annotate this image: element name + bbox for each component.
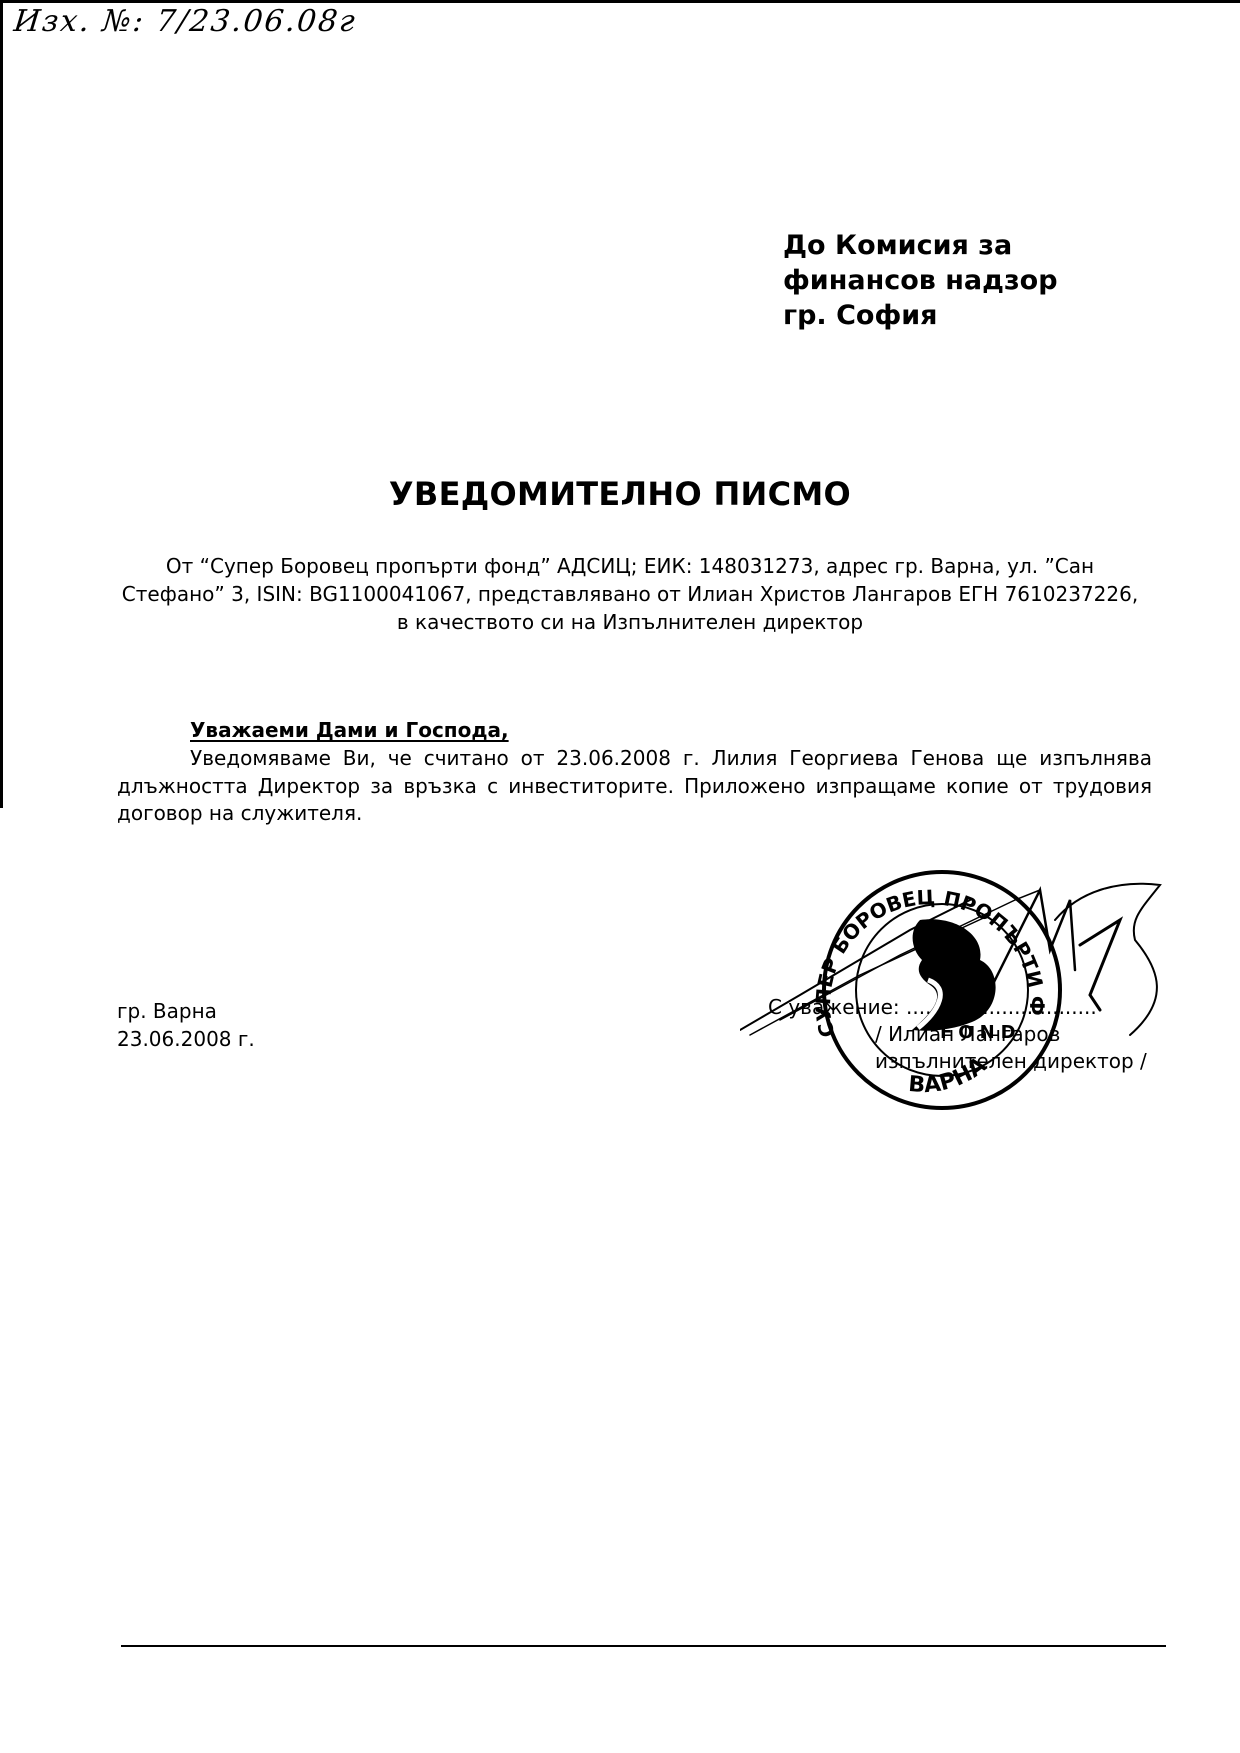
footer-rule: [121, 1645, 1166, 1647]
salutation: Уважаеми Дами и Господа,: [190, 718, 509, 742]
sender-line: Стефано” 3, ISIN: BG1100041067, представ…: [110, 580, 1150, 608]
letter-body: Уведомяваме Ви, че считано от 23.06.2008…: [117, 745, 1152, 828]
place-date-block: гр. Варна 23.06.2008 г.: [117, 997, 255, 1053]
sender-paragraph: От “Супер Боровец пропърти фонд” АДСИЦ; …: [110, 552, 1150, 636]
closing-regards: С уважение: ............................…: [768, 994, 1147, 1021]
scan-border-top: [0, 0, 1240, 3]
document-title: УВЕДОМИТЕЛНО ПИСМО: [0, 475, 1240, 513]
company-stamp-and-signature: СУПЕР БОРОВЕЦ ПРОПЪРТИ ФОНД АДСИЦ ВАРНА …: [740, 860, 1240, 1120]
signatory-position: изпълнителен директор /: [768, 1048, 1147, 1075]
signatory-name: / Илиан Лангаров: [768, 1021, 1147, 1048]
sender-line: в качеството си на Изпълнителен директор: [110, 608, 1150, 636]
handwritten-reference-number: Изх. №: 7/23.06.08г: [12, 4, 358, 39]
scan-border-left: [0, 0, 3, 808]
date: 23.06.2008 г.: [117, 1025, 255, 1053]
closing-block: С уважение: ............................…: [768, 994, 1147, 1075]
addressee-line: гр. София: [783, 298, 1058, 333]
place: гр. Варна: [117, 997, 255, 1025]
addressee-line: финансов надзор: [783, 263, 1058, 298]
sender-line: От “Супер Боровец пропърти фонд” АДСИЦ; …: [110, 552, 1150, 580]
addressee-line: До Комисия за: [783, 228, 1058, 263]
addressee-block: До Комисия за финансов надзор гр. София: [783, 228, 1058, 333]
